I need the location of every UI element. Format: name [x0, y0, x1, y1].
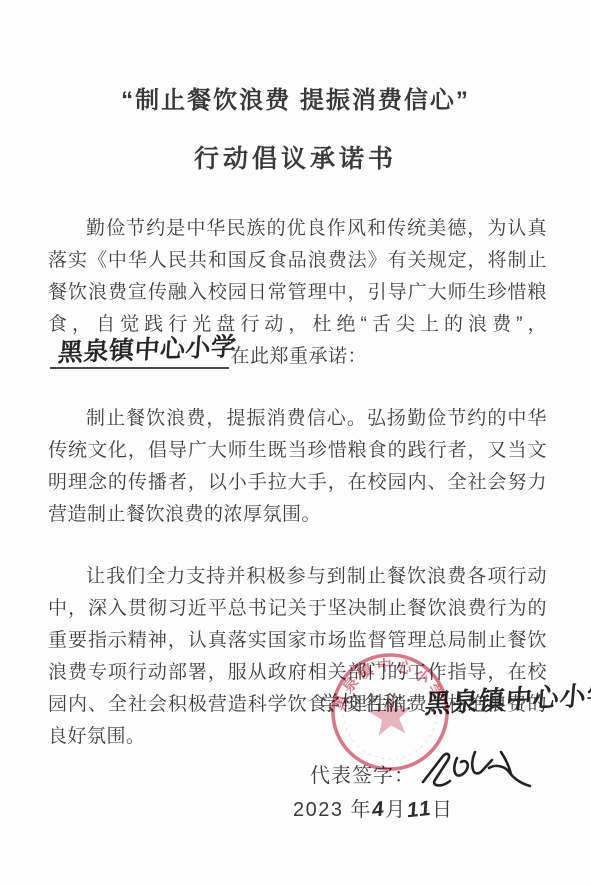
handwritten-month: 4	[371, 797, 386, 823]
document-title-line1: “制止餐饮浪费 提振消费信心”	[0, 80, 591, 115]
fill-in-blank-underline: 黑泉镇中心小学	[50, 344, 229, 369]
document-body: 勤俭节约是中华民族的优良作风和传统美德，为认真落实《中华人民共和国反食品浪费法》…	[48, 213, 547, 753]
scanned-pledge-document: “制止餐饮浪费 提振消费信心” 行动倡议承诺书 勤俭节约是中华民族的优良作风和传…	[0, 0, 591, 886]
date-year: 2023 年	[293, 799, 372, 821]
signature-label: 代表签字：	[310, 765, 415, 787]
handwritten-day: 11	[406, 797, 433, 824]
paragraph-3: 让我们全力支持并积极参与到制止餐饮浪费各项行动中，深入贯彻习近平总书记关于坚决制…	[48, 561, 547, 753]
paragraph-1-text: 勤俭节约是中华民族的优良作风和传统美德，为认真落实《中华人民共和国反食品浪费法》…	[48, 218, 547, 335]
school-name-label: 学校名称：	[320, 693, 425, 715]
paragraph-2: 制止餐饮浪费，提振消费信心。弘扬勤俭节约的中华传统文化，倡导广大师生既当珍惜粮食…	[48, 403, 547, 531]
handwritten-school-name: 黑泉镇中心小学	[424, 674, 591, 721]
handwritten-school-name-blank: 黑泉镇中心小学	[57, 337, 237, 363]
date-month-unit: 月	[385, 799, 407, 821]
school-name-line: 学校名称：黑泉镇中心小学	[320, 681, 591, 718]
signature-line: 代表签字：	[310, 738, 533, 788]
paragraph-1: 勤俭节约是中华民族的优良作风和传统美德，为认真落实《中华人民共和国反食品浪费法》…	[48, 213, 547, 373]
document-header: “制止餐饮浪费 提振消费信心” 行动倡议承诺书	[0, 0, 591, 175]
date-day-unit: 日	[432, 799, 454, 821]
handwritten-signature-scribble	[417, 746, 535, 790]
document-title-line2: 行动倡议承诺书	[0, 139, 591, 175]
date-line: 2023 年4月11日	[293, 793, 453, 822]
paragraph-1-tail: 在此郑重承诺：	[231, 346, 368, 367]
